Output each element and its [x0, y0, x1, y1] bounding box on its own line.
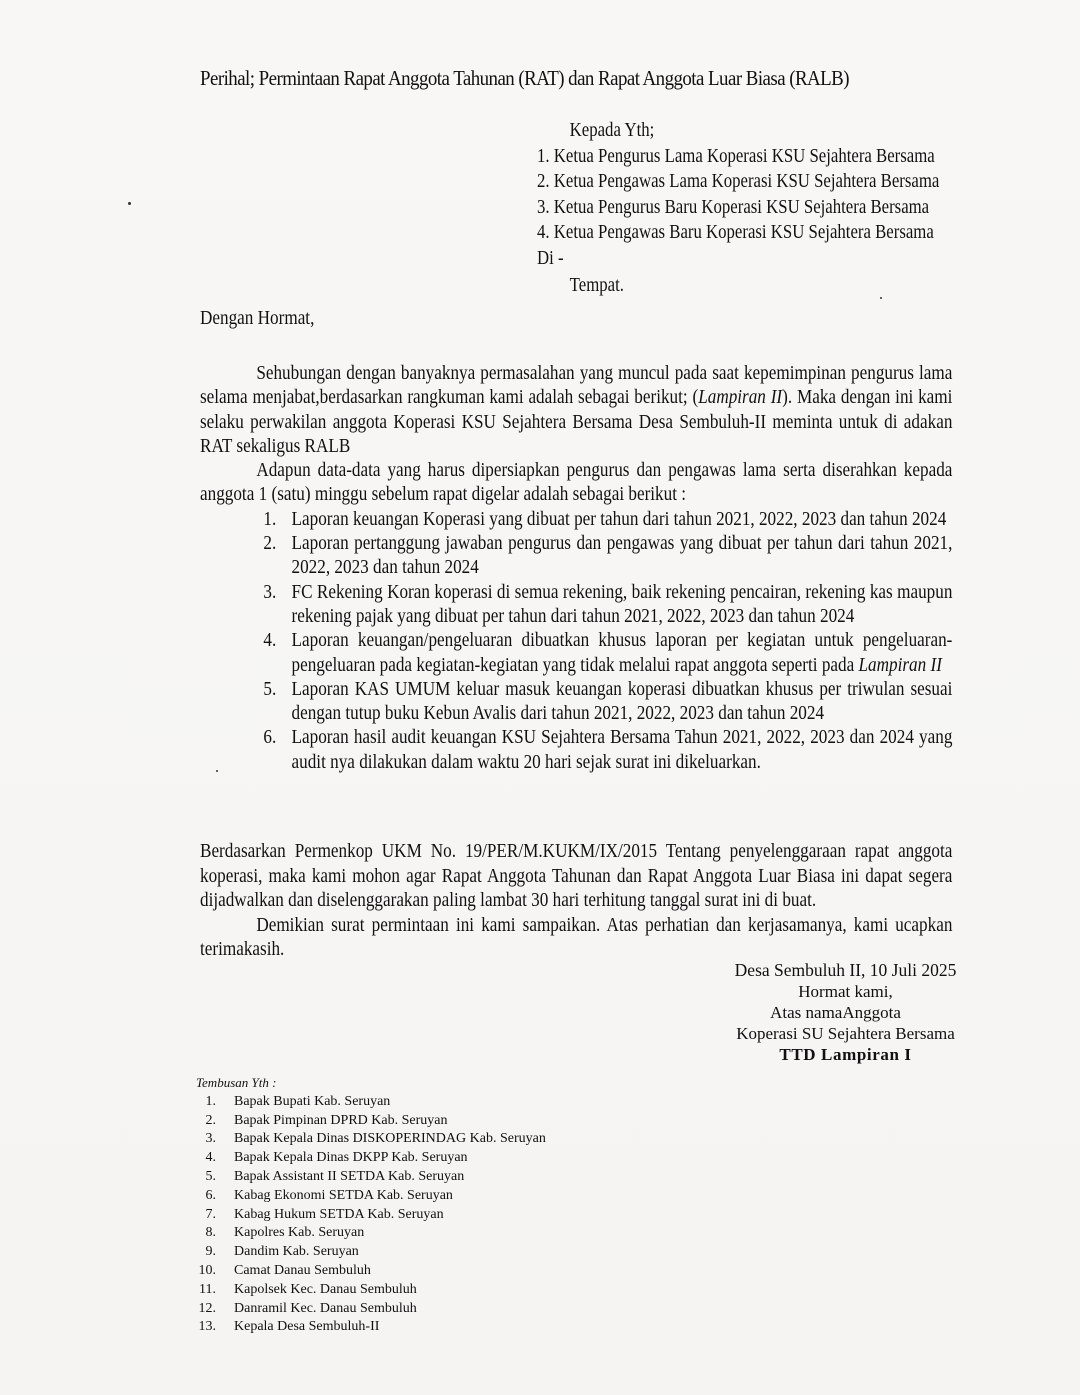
cc-item: 7.Kabag Hukum SETDA Kab. Seruyan — [196, 1206, 546, 1225]
carbon-copy-block: Tembusan Yth : 1.Bapak Bupati Kab. Seruy… — [196, 1074, 546, 1337]
scan-speck — [880, 297, 882, 299]
cc-item: 12.Danramil Kec. Danau Sembuluh — [196, 1300, 546, 1319]
scan-speck — [128, 202, 131, 205]
cc-item: 9.Dandim Kab. Seruyan — [196, 1243, 546, 1262]
cc-item: 8.Kapolres Kab. Seruyan — [196, 1224, 546, 1243]
signature-block: Desa Sembuluh II, 10 Juli 2025 Hormat ka… — [733, 960, 958, 1065]
on-behalf: Atas namaAnggota — [733, 1002, 958, 1023]
cc-recipient: Bapak Bupati Kab. Seruyan — [234, 1093, 390, 1112]
cc-item: 13.Kepala Desa Sembuluh-II — [196, 1318, 546, 1337]
body-paragraph-2: Adapun data-data yang harus dipersiapkan… — [200, 459, 952, 508]
cc-recipient: Kepala Desa Sembuluh-II — [234, 1318, 379, 1337]
cc-number: 8. — [196, 1224, 234, 1243]
cc-recipient: Kabag Hukum SETDA Kab. Seruyan — [234, 1206, 444, 1225]
cc-number: 11. — [196, 1281, 234, 1300]
requirement-item: 6.Laporan hasil audit keuangan KSU Sejah… — [292, 726, 953, 775]
cc-item: 6.Kabag Ekonomi SETDA Kab. Seruyan — [196, 1187, 546, 1206]
ttd-label: TTD Lampiran I — [733, 1044, 958, 1065]
cc-recipient: Kapolsek Kec. Danau Sembuluh — [234, 1281, 417, 1300]
requirement-text: Laporan keuangan Koperasi yang dibuat pe… — [292, 509, 947, 530]
cc-title: Tembusan Yth : — [196, 1074, 546, 1093]
letter-body: Sehubungan dengan banyaknya permasalahan… — [200, 362, 952, 775]
closing-paragraph-1: Berdasarkan Permenkop UKM No. 19/PER/M.K… — [200, 840, 952, 914]
recipient-tempat: Tempat. — [537, 273, 939, 299]
requirement-text: FC Rekening Koran koperasi di semua reke… — [292, 582, 953, 627]
requirement-text: Laporan KAS UMUM keluar masuk keuangan k… — [292, 679, 953, 724]
requirement-item: 2.Laporan pertanggung jawaban pengurus d… — [292, 532, 953, 581]
cc-item: 3.Bapak Kepala Dinas DISKOPERINDAG Kab. … — [196, 1130, 546, 1149]
cc-recipient: Kapolres Kab. Seruyan — [234, 1224, 364, 1243]
cc-number: 9. — [196, 1243, 234, 1262]
cc-list: 1.Bapak Bupati Kab. Seruyan2.Bapak Pimpi… — [196, 1093, 546, 1337]
recipient-item: 4. Ketua Pengawas Baru Koperasi KSU Seja… — [537, 220, 939, 246]
recipient-item: 1. Ketua Pengurus Lama Koperasi KSU Seja… — [537, 144, 939, 170]
cc-recipient: Bapak Pimpinan DPRD Kab. Seruyan — [234, 1112, 447, 1131]
requirements-list: 1.Laporan keuangan Koperasi yang dibuat … — [200, 508, 952, 775]
recipient-block: Kepada Yth; 1. Ketua Pengurus Lama Koper… — [537, 118, 939, 299]
requirement-number: 5. — [263, 678, 276, 702]
cc-number: 4. — [196, 1149, 234, 1168]
place-date: Desa Sembuluh II, 10 Juli 2025 — [733, 960, 958, 981]
cc-item: 1.Bapak Bupati Kab. Seruyan — [196, 1093, 546, 1112]
cc-recipient: Dandim Kab. Seruyan — [234, 1243, 359, 1262]
body-paragraph-1: Sehubungan dengan banyaknya permasalahan… — [200, 362, 952, 459]
letter-subject: Perihal; Permintaan Rapat Anggota Tahuna… — [200, 66, 849, 91]
cc-item: 4.Bapak Kepala Dinas DKPP Kab. Seruyan — [196, 1149, 546, 1168]
cc-item: 10.Camat Danau Sembuluh — [196, 1262, 546, 1281]
requirement-number: 4. — [263, 629, 276, 653]
requirement-item: 1.Laporan keuangan Koperasi yang dibuat … — [292, 508, 953, 532]
requirement-item: 4.Laporan keuangan/pengeluaran dibuatkan… — [292, 629, 953, 678]
cc-number: 6. — [196, 1187, 234, 1206]
cc-recipient: Bapak Kepala Dinas DISKOPERINDAG Kab. Se… — [234, 1130, 546, 1149]
cc-recipient: Kabag Ekonomi SETDA Kab. Seruyan — [234, 1187, 453, 1206]
regards: Hormat kami, — [733, 981, 958, 1002]
lampiran-reference: Lampiran II — [698, 387, 782, 408]
document-page: Perihal; Permintaan Rapat Anggota Tahuna… — [0, 0, 1080, 1395]
requirement-text: Laporan hasil audit keuangan KSU Sejahte… — [292, 727, 953, 772]
requirement-item: 5.Laporan KAS UMUM keluar masuk keuangan… — [292, 678, 953, 727]
cc-number: 1. — [196, 1093, 234, 1112]
cc-item: 2.Bapak Pimpinan DPRD Kab. Seruyan — [196, 1112, 546, 1131]
requirement-text: Laporan pertanggung jawaban pengurus dan… — [292, 533, 953, 578]
greeting: Dengan Hormat, — [200, 308, 314, 330]
cc-recipient: Bapak Kepala Dinas DKPP Kab. Seruyan — [234, 1149, 468, 1168]
recipient-item: 3. Ketua Pengurus Baru Koperasi KSU Seja… — [537, 195, 939, 221]
requirement-item: 3.FC Rekening Koran koperasi di semua re… — [292, 581, 953, 630]
recipient-item: 2. Ketua Pengawas Lama Koperasi KSU Seja… — [537, 169, 939, 195]
closing-section: Berdasarkan Permenkop UKM No. 19/PER/M.K… — [200, 840, 952, 963]
recipient-di: Di - — [537, 246, 939, 272]
recipient-heading: Kepada Yth; — [537, 118, 939, 144]
requirement-text: Laporan keuangan/pengeluaran dibuatkan k… — [292, 630, 953, 675]
requirement-number: 1. — [263, 508, 276, 532]
scan-speck — [216, 770, 218, 772]
cc-recipient: Camat Danau Sembuluh — [234, 1262, 371, 1281]
cc-number: 5. — [196, 1168, 234, 1187]
cc-number: 13. — [196, 1318, 234, 1337]
cc-number: 12. — [196, 1300, 234, 1319]
requirement-number: 6. — [263, 726, 276, 750]
cc-number: 2. — [196, 1112, 234, 1131]
cc-number: 7. — [196, 1206, 234, 1225]
cc-recipient: Danramil Kec. Danau Sembuluh — [234, 1300, 417, 1319]
requirement-number: 2. — [263, 532, 276, 556]
cc-item: 5.Bapak Assistant II SETDA Kab. Seruyan — [196, 1168, 546, 1187]
cc-item: 11.Kapolsek Kec. Danau Sembuluh — [196, 1281, 546, 1300]
cc-number: 3. — [196, 1130, 234, 1149]
organization-name: Koperasi SU Sejahtera Bersama — [733, 1023, 958, 1044]
cc-number: 10. — [196, 1262, 234, 1281]
requirement-number: 3. — [263, 581, 276, 605]
requirement-reference: Lampiran II — [859, 655, 942, 676]
closing-paragraph-2: Demikian surat permintaan ini kami sampa… — [200, 914, 952, 963]
cc-recipient: Bapak Assistant II SETDA Kab. Seruyan — [234, 1168, 464, 1187]
